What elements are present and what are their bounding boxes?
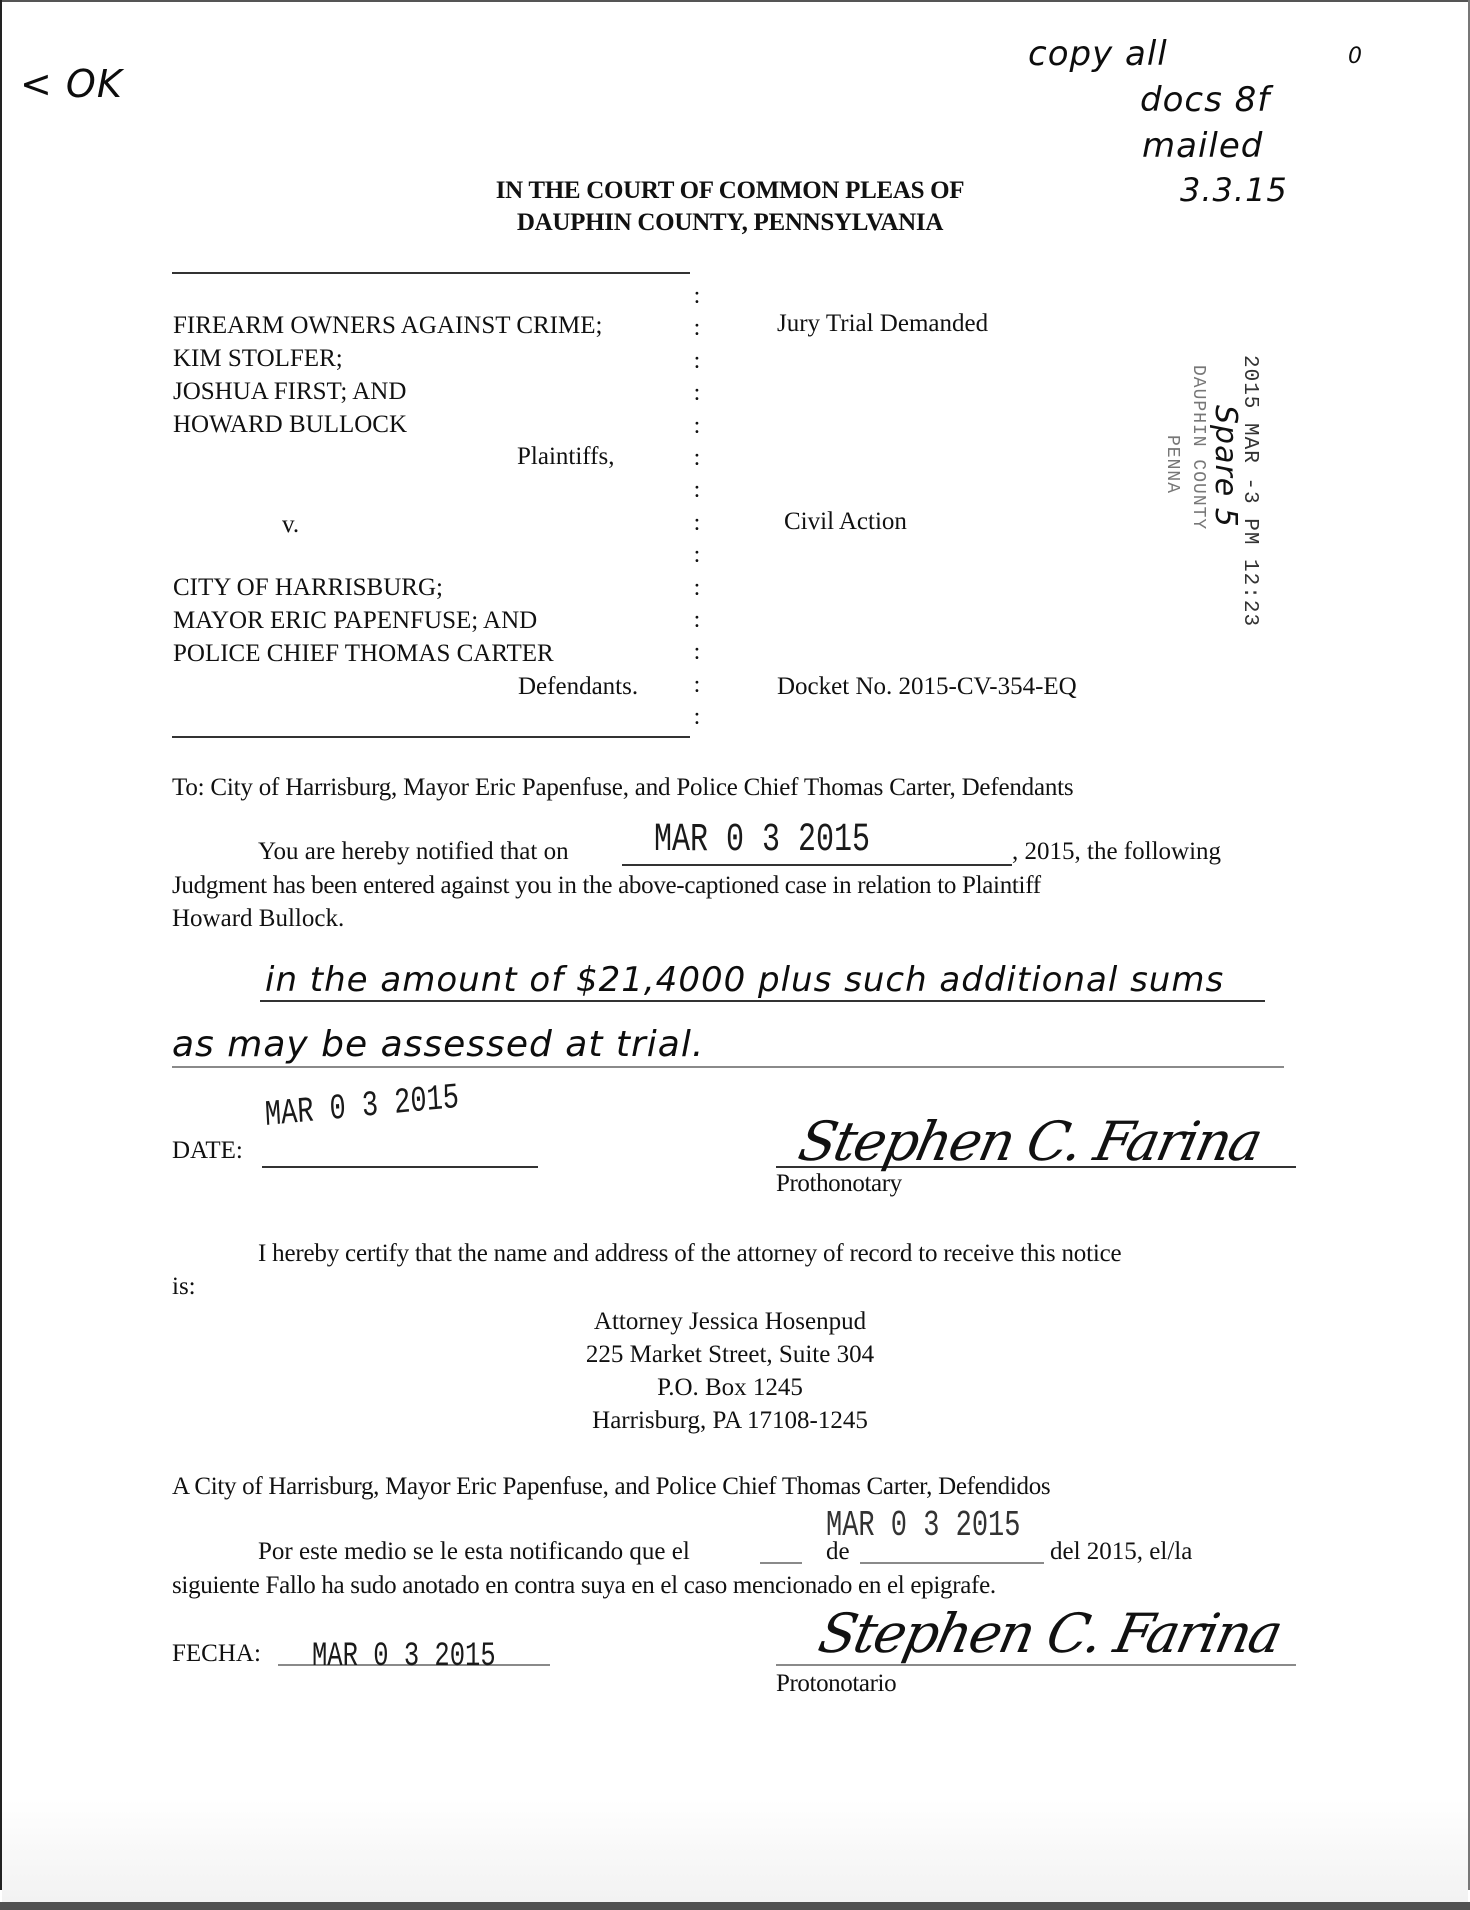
prothonotary-title: Prothonotary: [776, 1170, 902, 1198]
versus-label: v.: [282, 511, 299, 539]
handwritten-note-line3: mailed: [1142, 128, 1263, 164]
judgment-terms-handwritten: as may be assessed at trial.: [172, 1024, 704, 1065]
defendant-name: CITY OF HARRISBURG;: [173, 571, 554, 604]
docket-number: Docket No. 2015-CV-354-EQ: [777, 673, 1077, 701]
judgment-blank-line1: [260, 1000, 1265, 1002]
date-stamp: MAR 0 3 2015: [264, 1077, 460, 1136]
caption-top-rule: [172, 272, 690, 274]
attorney-city: Harrisburg, PA 17108-1245: [470, 1404, 990, 1437]
notice-text-prefix: You are hereby notified that on: [258, 838, 569, 866]
judgment-amount-handwritten: in the amount of $21,4000 plus such addi…: [265, 960, 1224, 1000]
caption-bottom-rule: [172, 736, 690, 738]
defendant-name: POLICE CHIEF THOMAS CARTER: [173, 637, 554, 670]
protonotario-title: Protonotario: [776, 1670, 896, 1698]
attorney-street: 225 Market Street, Suite 304: [470, 1338, 990, 1371]
notice-body-line2: Judgment has been entered against you in…: [172, 872, 1041, 900]
judgment-blank-line2: [172, 1066, 1284, 1068]
defendants-list: CITY OF HARRISBURG; MAYOR ERIC PAPENFUSE…: [173, 571, 554, 670]
certification-line2: is:: [172, 1273, 196, 1301]
defendant-name: MAYOR ERIC PAPENFUSE; AND: [173, 604, 554, 637]
spanish-date-stamp: MAR 0 3 2015: [826, 1505, 1020, 1546]
filing-stamp-state: PENNA: [1162, 435, 1182, 494]
prothonotary-signature: Stephen C. Farina: [793, 1110, 1266, 1173]
plaintiff-name: KIM STOLFER;: [173, 342, 602, 375]
attorney-name: Attorney Jessica Hosenpud: [470, 1305, 990, 1338]
page-border-top: [0, 0, 1470, 2]
court-header: IN THE COURT OF COMMON PLEAS OF DAUPHIN …: [390, 175, 1070, 239]
filing-stamp: 2015 MAR -3 PM 12:23 DAUPHIN COUNTY PENN…: [1160, 335, 1300, 635]
notice-date-stamp: MAR 0 3 2015: [654, 818, 870, 863]
notice-addressee: To: City of Harrisburg, Mayor Eric Papen…: [172, 774, 1073, 802]
notice-text-suffix: , 2015, the following: [1012, 838, 1221, 866]
fecha-label: FECHA:: [172, 1640, 261, 1668]
attorney-address-block: Attorney Jessica Hosenpud 225 Market Str…: [470, 1305, 990, 1437]
date-label: DATE:: [172, 1137, 243, 1165]
date-blank: [262, 1166, 538, 1168]
court-name-line2: DAUPHIN COUNTY, PENNSYLVANIA: [390, 207, 1070, 239]
notice-date-blank: [622, 864, 1012, 866]
spanish-day-blank: [760, 1562, 802, 1564]
spanish-line1-suffix: del 2015, el/la: [1050, 1538, 1192, 1566]
notice-body-line3: Howard Bullock.: [172, 905, 344, 933]
filing-stamp-county: DAUPHIN COUNTY: [1188, 365, 1208, 530]
attorney-po-box: P.O. Box 1245: [470, 1371, 990, 1404]
fecha-stamp: MAR 0 3 2015: [312, 1638, 496, 1676]
plaintiff-name: JOSHUA FIRST; AND: [173, 375, 602, 408]
handwritten-note-date: 3.3.15: [1180, 172, 1288, 208]
caption-colon-column: : : : : : : : : : : : : : :: [690, 282, 704, 735]
handwritten-note-line2: docs 8f: [1140, 82, 1270, 118]
plaintiffs-list: FIREARM OWNERS AGAINST CRIME; KIM STOLFE…: [173, 309, 602, 441]
plaintiffs-label: Plaintiffs,: [517, 443, 614, 471]
spanish-line2: siguiente Fallo ha sudo anotado en contr…: [172, 1572, 996, 1600]
defendants-label: Defendants.: [518, 673, 638, 701]
plaintiff-name: FIREARM OWNERS AGAINST CRIME;: [173, 309, 602, 342]
certification-line1: I hereby certify that the name and addre…: [258, 1240, 1121, 1268]
filing-stamp-handwritten: Spare 5: [1208, 405, 1243, 528]
plaintiff-name: HOWARD BULLOCK: [173, 408, 602, 441]
handwritten-note-line1: copy all: [1028, 36, 1168, 72]
handwritten-zero-mark: 0: [1348, 44, 1363, 69]
spanish-month-blank: [860, 1562, 1044, 1564]
spanish-addressee: A City of Harrisburg, Mayor Eric Papenfu…: [172, 1473, 1050, 1501]
page-bottom-shadow: [2, 1800, 1468, 1902]
handwritten-ok-mark: < OK: [20, 62, 123, 106]
jury-trial-demanded: Jury Trial Demanded: [777, 310, 988, 338]
civil-action-label: Civil Action: [784, 508, 907, 536]
page-border-left: [0, 0, 2, 1890]
protonotario-signature: Stephen C. Farina: [813, 1602, 1286, 1665]
spanish-line1-prefix: Por este medio se le esta notificando qu…: [258, 1538, 690, 1566]
viewer-bottom-bar: [0, 1902, 1470, 1910]
court-name-line1: IN THE COURT OF COMMON PLEAS OF: [390, 175, 1070, 207]
spanish-de-label: de: [826, 1538, 850, 1566]
